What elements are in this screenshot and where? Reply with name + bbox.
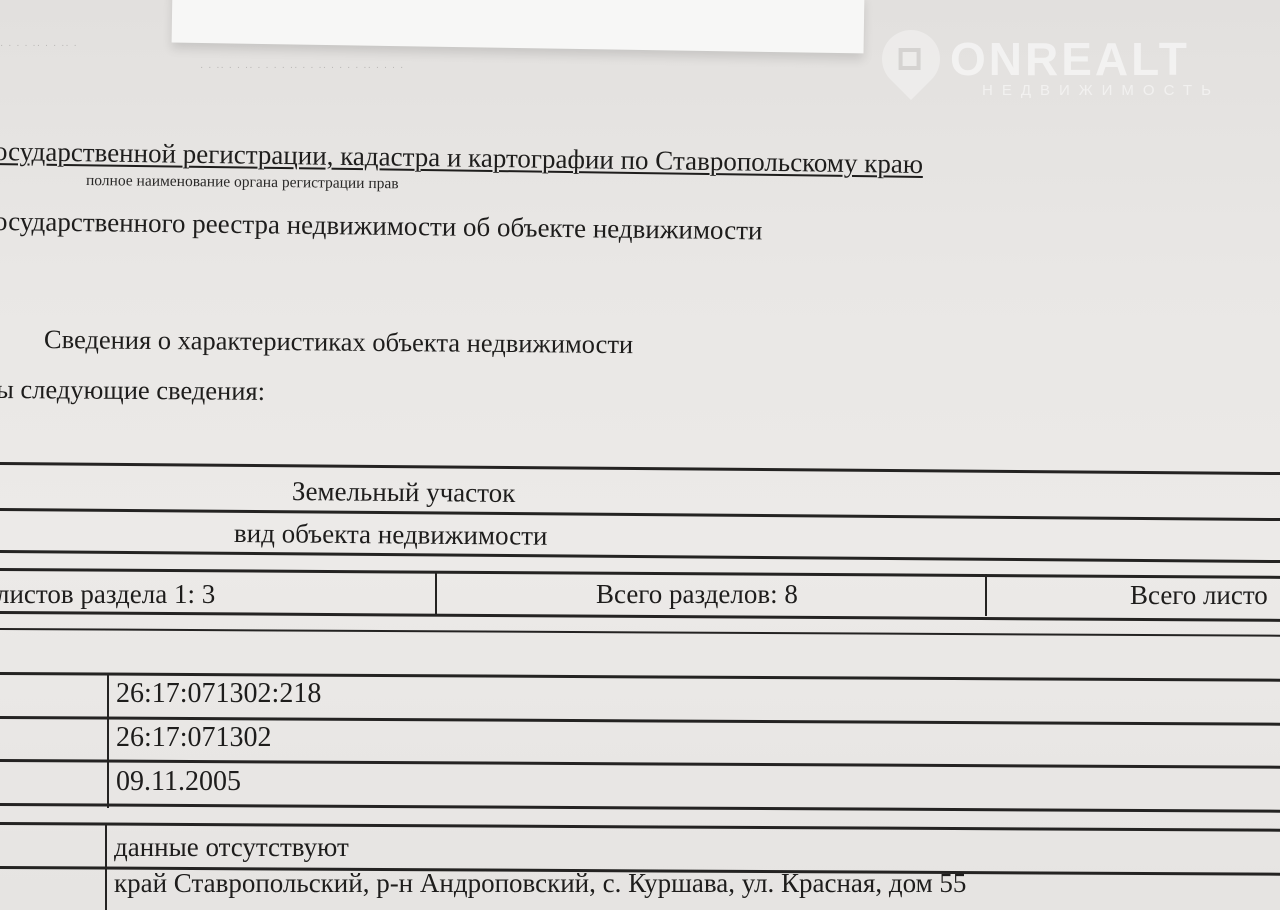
cadastral-number: 26:17:071302:218 xyxy=(116,678,321,710)
table-rule xyxy=(0,550,1280,563)
date-assigned: 09.11.2005 xyxy=(116,766,241,798)
table-rule xyxy=(0,803,1280,813)
table-rule xyxy=(0,822,1280,832)
table-divider xyxy=(435,571,437,614)
table-divider xyxy=(985,574,987,616)
cadastral-block: 26:17:071302 xyxy=(116,722,272,754)
register-title: осударственного реестра недвижимости об … xyxy=(0,206,763,246)
total-sheets: Всего листо xyxy=(1130,580,1268,611)
table-rule xyxy=(0,508,1280,521)
object-address: край Ставропольский, р-н Андроповский, с… xyxy=(114,868,966,899)
table-rule xyxy=(0,611,1280,622)
watermark-subtitle: НЕДВИЖИМОСТЬ xyxy=(982,82,1220,99)
table-rule xyxy=(0,568,1280,579)
object-type-caption: вид объекта недвижимости xyxy=(234,518,548,552)
house-pin-icon xyxy=(870,18,952,100)
section-title: Сведения о характеристиках объекта недви… xyxy=(44,324,633,360)
previous-numbers: данные отсутствуют xyxy=(114,832,349,863)
object-type: Земельный участок xyxy=(292,476,516,509)
watermark-brand: ONREALT xyxy=(950,36,1190,82)
bleed-through-text: · · ·· · · ·· · · · · ·· · · ·· · · · · … xyxy=(200,62,404,73)
table-rule xyxy=(0,628,1280,637)
total-sections: Всего разделов: 8 xyxy=(596,579,798,610)
table-divider xyxy=(107,674,109,808)
paper-sheet-overlay xyxy=(172,0,865,53)
table-rule xyxy=(0,462,1280,475)
section-intro: ы следующие сведения: xyxy=(0,374,265,407)
watermark: ONREALT НЕДВИЖИМОСТЬ xyxy=(882,30,1190,88)
registration-body-caption: полное наименование органа регистрации п… xyxy=(86,172,399,193)
bleed-through-text: · · · · ·· · · ·· · xyxy=(0,40,78,51)
sheets-in-section: листов раздела 1: 3 xyxy=(0,579,215,610)
